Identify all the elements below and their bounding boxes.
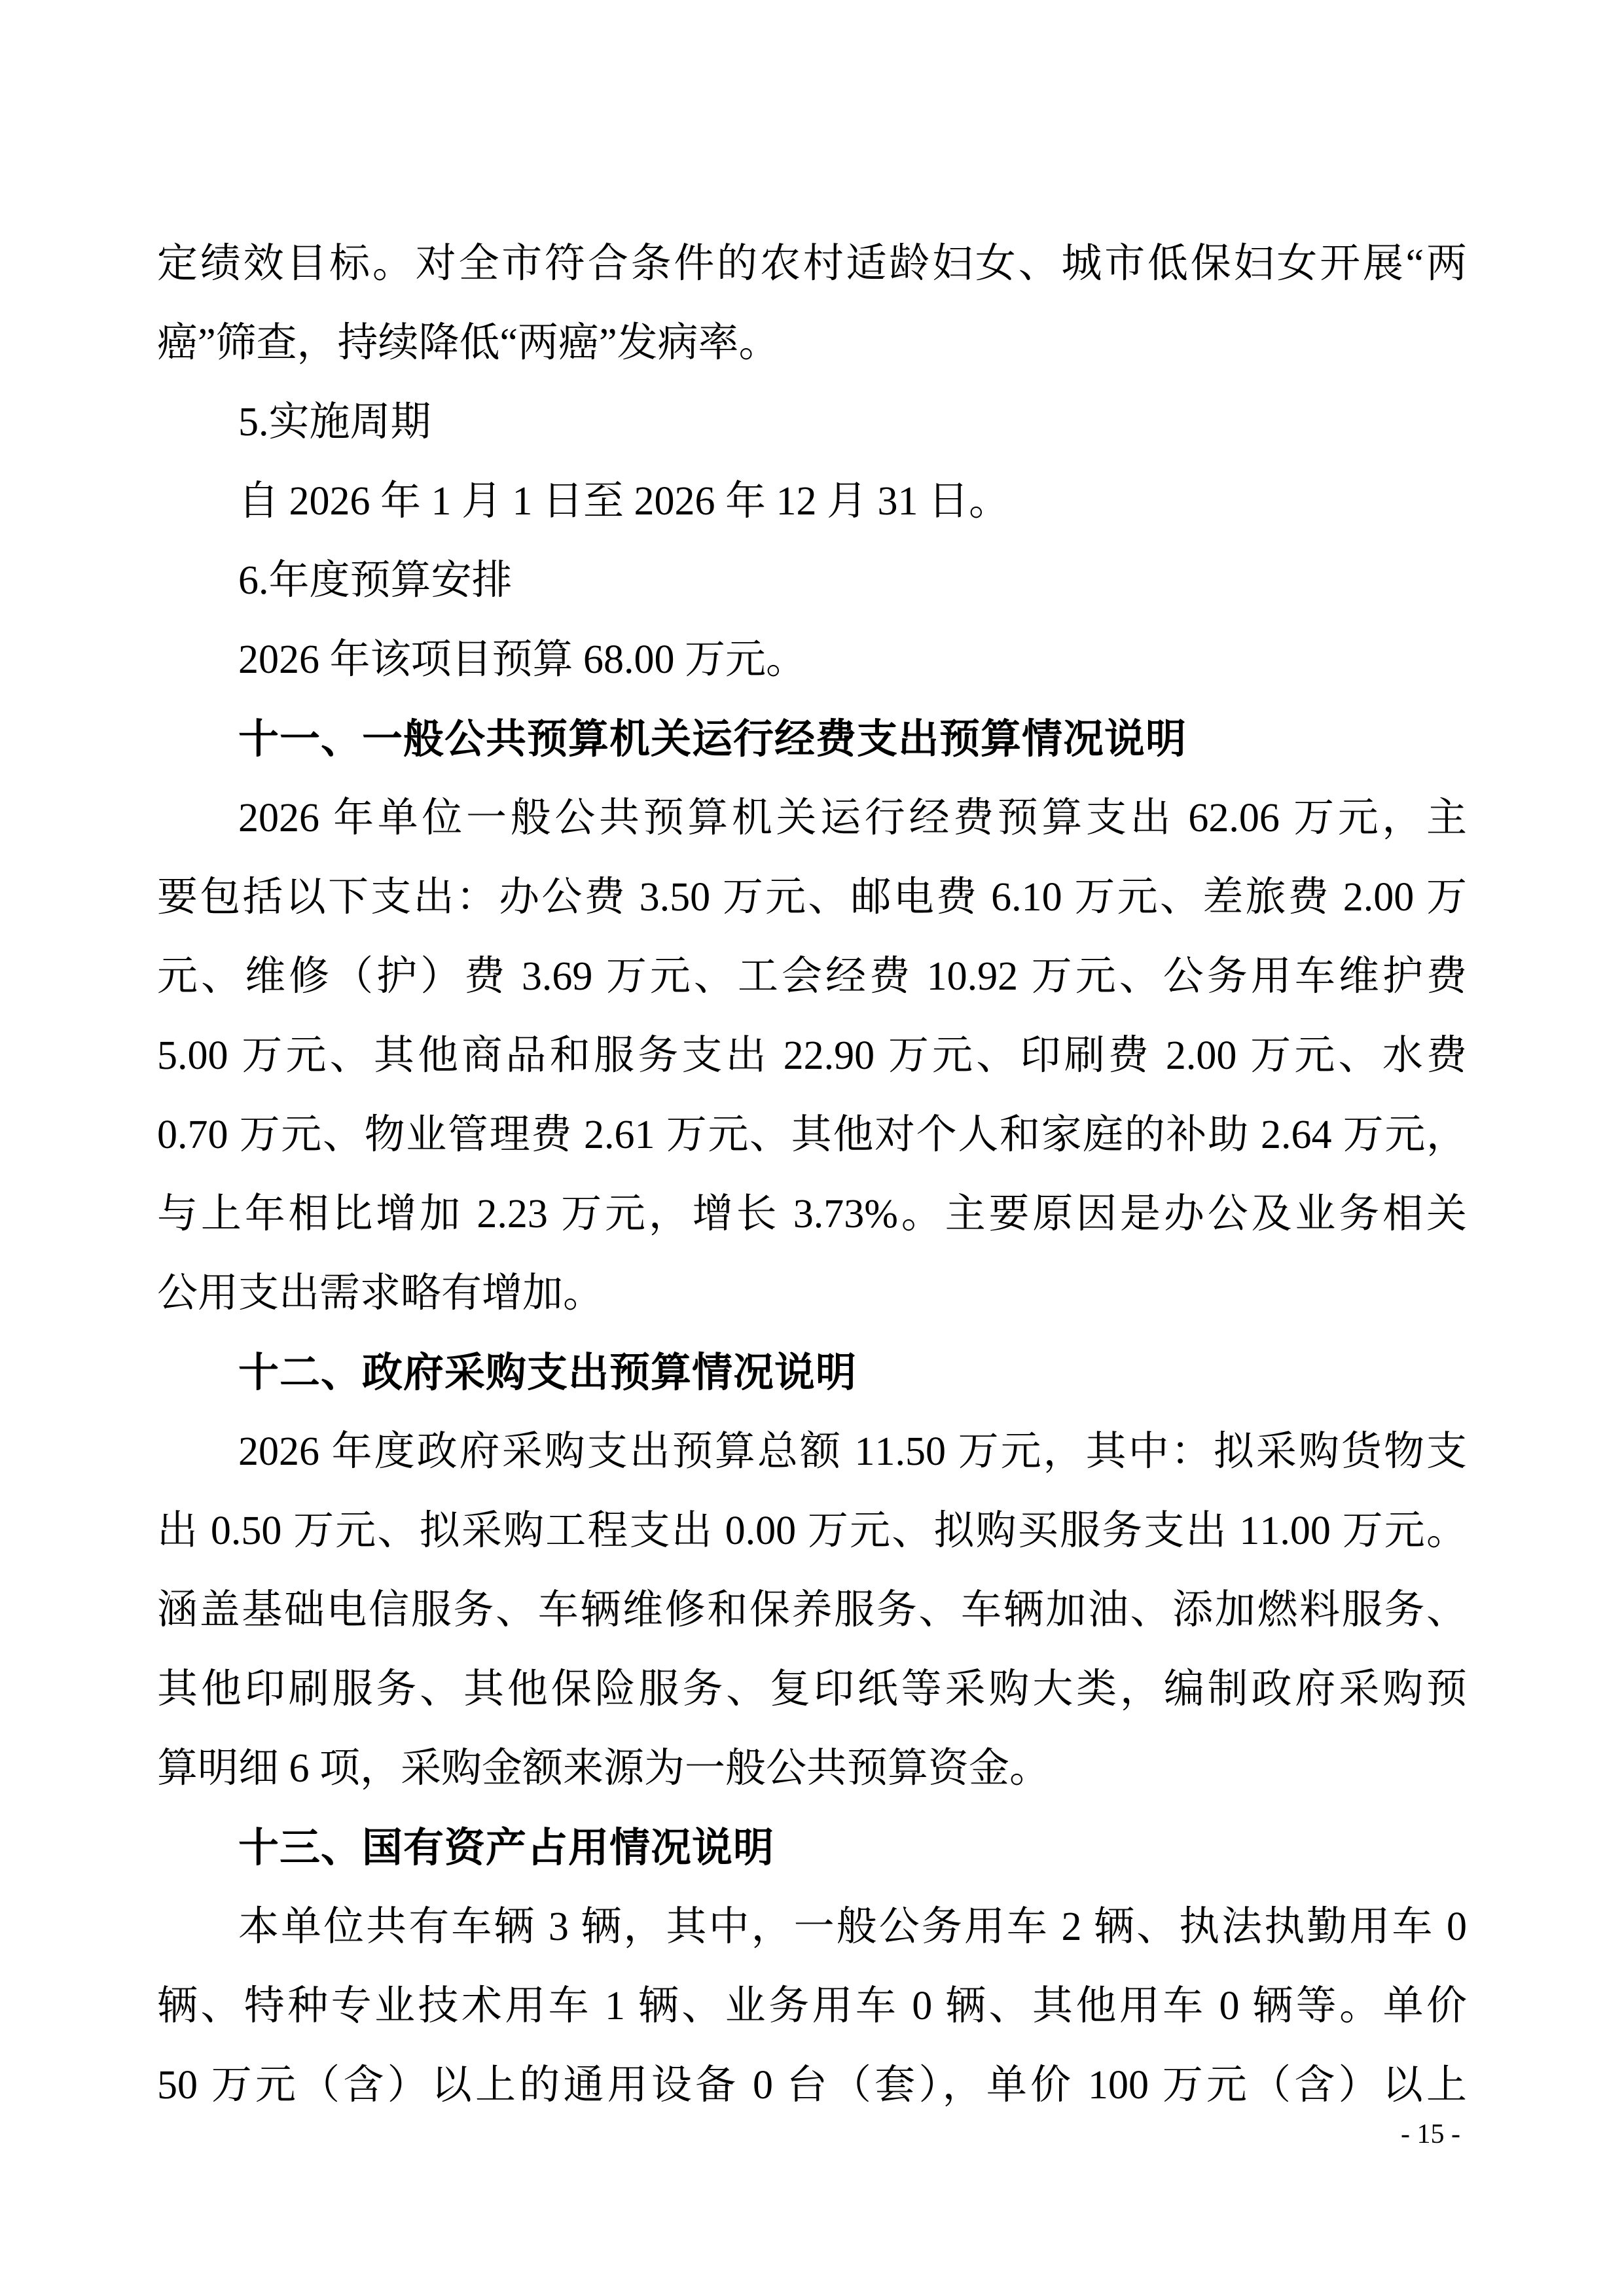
- page-number: - 15 -: [1401, 2119, 1460, 2149]
- text-line: 辆、特种专业技术用车 1 辆、业务用车 0 辆、其他用车 0 辆等。单价: [157, 1967, 1467, 2046]
- document-page: 定绩效目标。对全市符合条件的农村适龄妇女、城市低保妇女开展“两 癌”筛查，持续降…: [0, 0, 1624, 2296]
- text-line: 0.70 万元、物业管理费 2.61 万元、其他对个人和家庭的补助 2.64 万…: [157, 1096, 1467, 1175]
- text-line: 涵盖基础电信服务、车辆维修和保养服务、车辆加油、添加燃料服务、: [157, 1571, 1467, 1650]
- text-line: 6.年度预算安排: [157, 541, 1467, 620]
- text-line: 2026 年单位一般公共预算机关运行经费预算支出 62.06 万元，主: [157, 779, 1467, 858]
- text-line: 5.实施周期: [157, 383, 1467, 462]
- text-line: 2026 年度政府采购支出预算总额 11.50 万元，其中：拟采购货物支: [157, 1412, 1467, 1492]
- text-line: 出 0.50 万元、拟采购工程支出 0.00 万元、拟购买服务支出 11.00 …: [157, 1492, 1467, 1571]
- text-line: 癌”筛查，持续降低“两癌”发病率。: [157, 304, 1467, 383]
- section-heading: 十三、国有资产占用情况说明: [157, 1808, 1467, 1888]
- text-line: 其他印刷服务、其他保险服务、复印纸等采购大类，编制政府采购预: [157, 1650, 1467, 1729]
- text-line: 公用支出需求略有增加。: [157, 1254, 1467, 1333]
- text-line: 定绩效目标。对全市符合条件的农村适龄妇女、城市低保妇女开展“两: [157, 224, 1467, 304]
- section-heading: 十一、一般公共预算机关运行经费支出预算情况说明: [157, 700, 1467, 779]
- text-line: 本单位共有车辆 3 辆，其中，一般公务用车 2 辆、执法执勤用车 0: [157, 1888, 1467, 1967]
- document-body: 定绩效目标。对全市符合条件的农村适龄妇女、城市低保妇女开展“两 癌”筛查，持续降…: [157, 224, 1467, 2125]
- section-heading: 十二、政府采购支出预算情况说明: [157, 1333, 1467, 1412]
- text-line: 2026 年该项目预算 68.00 万元。: [157, 620, 1467, 700]
- text-line: 50 万元（含）以上的通用设备 0 台（套），单价 100 万元（含）以上: [157, 2046, 1467, 2125]
- text-line: 要包括以下支出：办公费 3.50 万元、邮电费 6.10 万元、差旅费 2.00…: [157, 858, 1467, 937]
- text-line: 元、维修（护）费 3.69 万元、工会经费 10.92 万元、公务用车维护费: [157, 937, 1467, 1016]
- text-line: 5.00 万元、其他商品和服务支出 22.90 万元、印刷费 2.00 万元、水…: [157, 1016, 1467, 1096]
- text-line: 自 2026 年 1 月 1 日至 2026 年 12 月 31 日。: [157, 462, 1467, 541]
- text-line: 算明细 6 项，采购金额来源为一般公共预算资金。: [157, 1729, 1467, 1808]
- text-line: 与上年相比增加 2.23 万元，增长 3.73%。主要原因是办公及业务相关: [157, 1175, 1467, 1254]
